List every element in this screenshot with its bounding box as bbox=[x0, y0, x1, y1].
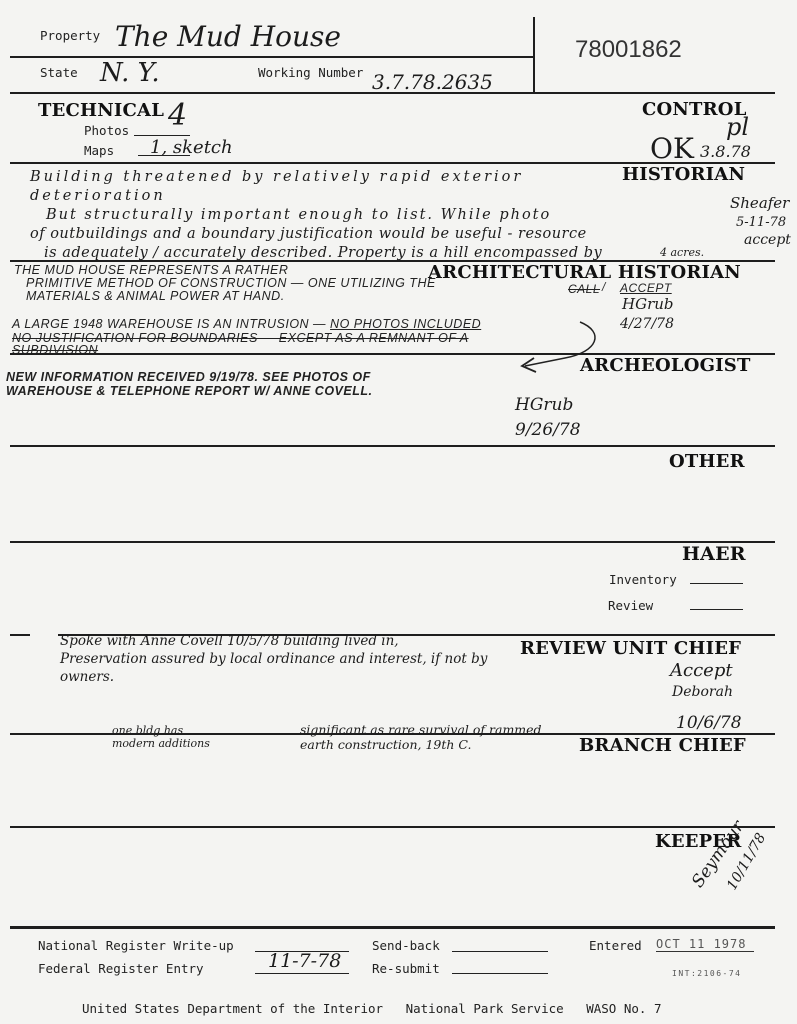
entered-stamp: OCT 11 1978 bbox=[656, 937, 754, 952]
technical-title: TECHNICAL bbox=[38, 100, 164, 121]
ruc-significance-line: earth construction, 19th C. bbox=[300, 737, 542, 752]
arch-intrusion-text: A LARGE 1948 WAREHOUSE IS AN INTRUSION — bbox=[12, 317, 326, 331]
haer-review-field[interactable] bbox=[690, 609, 743, 610]
ruc-decision: Accept bbox=[670, 660, 733, 681]
archeologist-comment: NEW INFORMATION RECEIVED 9/19/78. SEE PH… bbox=[6, 370, 372, 398]
property-label: Property bbox=[40, 28, 100, 43]
control-note[interactable]: OK bbox=[650, 132, 694, 165]
review-unit-chief-title: REVIEW UNIT CHIEF bbox=[520, 638, 741, 659]
reference-number: 78001862 bbox=[575, 36, 682, 64]
haer-inventory-field[interactable] bbox=[690, 583, 743, 584]
rule-haer-stub bbox=[10, 634, 30, 636]
arch-struck-decision: CALL bbox=[568, 282, 600, 296]
state-label: State bbox=[40, 65, 78, 80]
arch-decision: ACCEPT bbox=[620, 281, 672, 295]
photos-value[interactable]: 4 bbox=[168, 98, 187, 133]
historian-comment-line: But structurally important enough to lis… bbox=[30, 206, 620, 225]
architectural-historian-title: ARCHITECTURAL HISTORIAN bbox=[428, 262, 741, 283]
resubmit-field[interactable] bbox=[452, 973, 548, 974]
historian-signature: Sheafer bbox=[730, 194, 789, 212]
historian-comment-tail: 4 acres. bbox=[660, 246, 704, 259]
header-divider bbox=[533, 17, 535, 93]
review-unit-chief-comment: Spoke with Anne Covell 10/5/78 building … bbox=[60, 632, 487, 686]
historian-decision: accept bbox=[744, 232, 791, 248]
photos-label: Photos bbox=[84, 123, 129, 138]
haer-review-label: Review bbox=[608, 598, 653, 613]
federal-register-label: Federal Register Entry bbox=[38, 961, 204, 976]
historian-title: HISTORIAN bbox=[622, 164, 745, 185]
control-date: 3.8.78 bbox=[700, 142, 751, 161]
ruc-comment-line: Spoke with Anne Covell 10/5/78 building … bbox=[60, 632, 487, 650]
archeologist-title: ARCHEOLOGIST bbox=[580, 355, 751, 376]
maps-label: Maps bbox=[84, 143, 114, 158]
archeologist-date: 9/26/78 bbox=[515, 420, 581, 440]
rule-other bbox=[10, 541, 775, 543]
entered-label: Entered bbox=[589, 938, 642, 953]
ruc-side-note-line: modern additions bbox=[112, 737, 210, 750]
branch-chief-title: BRANCH CHIEF bbox=[579, 735, 746, 756]
maps-value[interactable]: 1, sketch bbox=[150, 137, 233, 158]
haer-title: HAER bbox=[682, 543, 746, 565]
archeologist-comment-line: NEW INFORMATION RECEIVED 9/19/78. SEE PH… bbox=[6, 370, 372, 384]
rule-branch-chief bbox=[10, 826, 775, 828]
historian-comment-line: Building threatened by relatively rapid … bbox=[30, 168, 620, 206]
ruc-signature: Deborah bbox=[672, 684, 733, 700]
ruc-comment-line: owners. bbox=[60, 668, 487, 686]
archeologist-signature: HGrub bbox=[515, 395, 573, 415]
federal-register-field[interactable] bbox=[255, 973, 349, 974]
arch-no-photos: NO PHOTOS INCLUDED bbox=[330, 317, 481, 331]
federal-register-value: 11-7-78 bbox=[268, 950, 341, 972]
haer-inventory-label: Inventory bbox=[609, 572, 677, 587]
archeologist-comment-line: WAREHOUSE & TELEPHONE REPORT W/ ANNE COV… bbox=[6, 384, 372, 398]
working-number-label: Working Number bbox=[258, 65, 363, 80]
ruc-comment-line: Preservation assured by local ordinance … bbox=[60, 650, 487, 668]
agency-line: United States Department of the Interior… bbox=[82, 1001, 661, 1016]
form-code: INT:2106-74 bbox=[672, 969, 741, 978]
architectural-historian-comment: THE MUD HOUSE REPRESENTS A RATHER PRIMIT… bbox=[14, 264, 436, 303]
working-number-value[interactable]: 3.7.78.2635 bbox=[372, 70, 493, 94]
arch-signature: HGrub bbox=[622, 295, 674, 313]
other-title: OTHER bbox=[669, 451, 745, 472]
header-rule-1 bbox=[10, 56, 535, 58]
historian-date: 5-11-78 bbox=[736, 215, 786, 230]
arch-intrusion: A LARGE 1948 WAREHOUSE IS AN INTRUSION —… bbox=[12, 318, 481, 331]
ruc-date: 10/6/78 bbox=[676, 713, 742, 733]
national-register-label: National Register Write-up bbox=[38, 938, 234, 953]
rule-archeologist bbox=[10, 445, 775, 447]
historian-comment: Building threatened by relatively rapid … bbox=[30, 168, 620, 263]
arch-date: 4/27/78 bbox=[620, 316, 674, 332]
control-initials: pl bbox=[726, 113, 749, 141]
send-back-label: Send-back bbox=[372, 938, 440, 953]
arch-comment-line: MATERIALS & ANIMAL POWER AT HAND. bbox=[14, 290, 436, 303]
photos-blank bbox=[134, 135, 190, 136]
rule-keeper bbox=[10, 926, 775, 929]
state-value[interactable]: N. Y. bbox=[100, 58, 160, 88]
property-value[interactable]: The Mud House bbox=[115, 20, 341, 53]
historian-comment-line: of outbuildings and a boundary justifica… bbox=[30, 225, 690, 244]
ruc-side-note: one bldg has modern additions bbox=[112, 724, 210, 750]
send-back-field[interactable] bbox=[452, 951, 548, 952]
resubmit-label: Re-submit bbox=[372, 961, 440, 976]
ruc-significance: significant as rare survival of rammed e… bbox=[300, 722, 542, 752]
ruc-side-note-line: one bldg has bbox=[112, 724, 210, 737]
